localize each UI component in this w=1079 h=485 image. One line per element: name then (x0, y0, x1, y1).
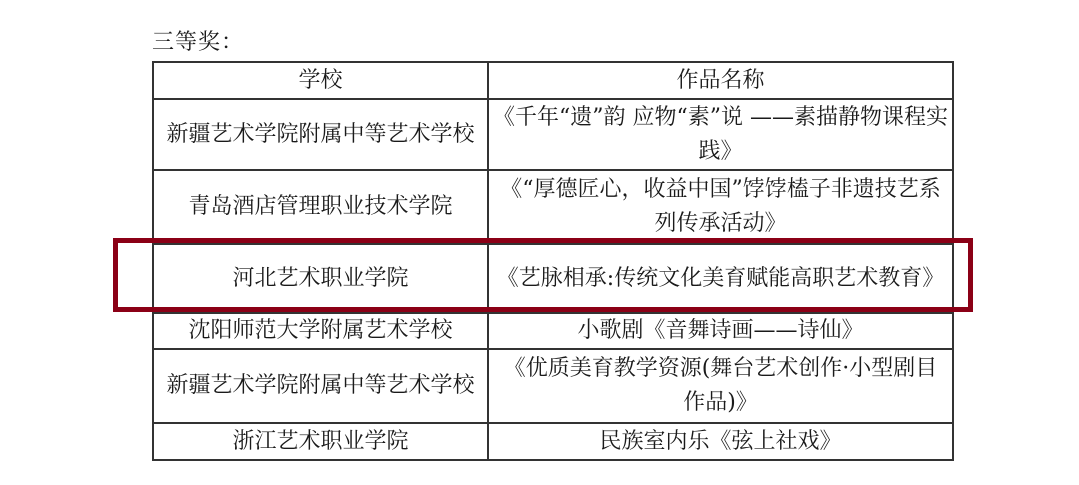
cell-school: 沈阳师范大学附属艺术学校 (153, 313, 488, 349)
cell-school: 河北艺术职业学院 (153, 244, 488, 313)
table-row-highlighted: 河北艺术职业学院 《艺脉相承:传统文化美育赋能高职艺术教育》 (153, 244, 953, 313)
cell-work: 《千年“遗”韵 应物“素”说 ——素描静物课程实践》 (488, 99, 953, 170)
table-header-row: 学校 作品名称 (153, 62, 953, 99)
cell-work: 《优质美育教学资源(舞台艺术创作·小型剧目作品)》 (488, 349, 953, 423)
awards-table: 学校 作品名称 新疆艺术学院附属中等艺术学校 《千年“遗”韵 应物“素”说 ——… (152, 61, 954, 461)
cell-school: 青岛酒店管理职业技术学院 (153, 170, 488, 244)
table-row: 新疆艺术学院附属中等艺术学校 《优质美育教学资源(舞台艺术创作·小型剧目作品)》 (153, 349, 953, 423)
header-work-name: 作品名称 (488, 62, 953, 99)
section-title-third-prize: 三等奖： (152, 28, 244, 58)
cell-school: 浙江艺术职业学院 (153, 423, 488, 460)
cell-work: 民族室内乐《弦上社戏》 (488, 423, 953, 460)
table-row: 沈阳师范大学附属艺术学校 小歌剧《音舞诗画——诗仙》 (153, 313, 953, 349)
header-school: 学校 (153, 62, 488, 99)
table-row: 新疆艺术学院附属中等艺术学校 《千年“遗”韵 应物“素”说 ——素描静物课程实践… (153, 99, 953, 170)
table-row: 青岛酒店管理职业技术学院 《“厚德匠心，收益中国”饽饽榼子非遗技艺系列传承活动》 (153, 170, 953, 244)
cell-school: 新疆艺术学院附属中等艺术学校 (153, 99, 488, 170)
table-row: 浙江艺术职业学院 民族室内乐《弦上社戏》 (153, 423, 953, 460)
cell-school: 新疆艺术学院附属中等艺术学校 (153, 349, 488, 423)
cell-work: 小歌剧《音舞诗画——诗仙》 (488, 313, 953, 349)
cell-work: 《“厚德匠心，收益中国”饽饽榼子非遗技艺系列传承活动》 (488, 170, 953, 244)
cell-work: 《艺脉相承:传统文化美育赋能高职艺术教育》 (488, 244, 953, 313)
